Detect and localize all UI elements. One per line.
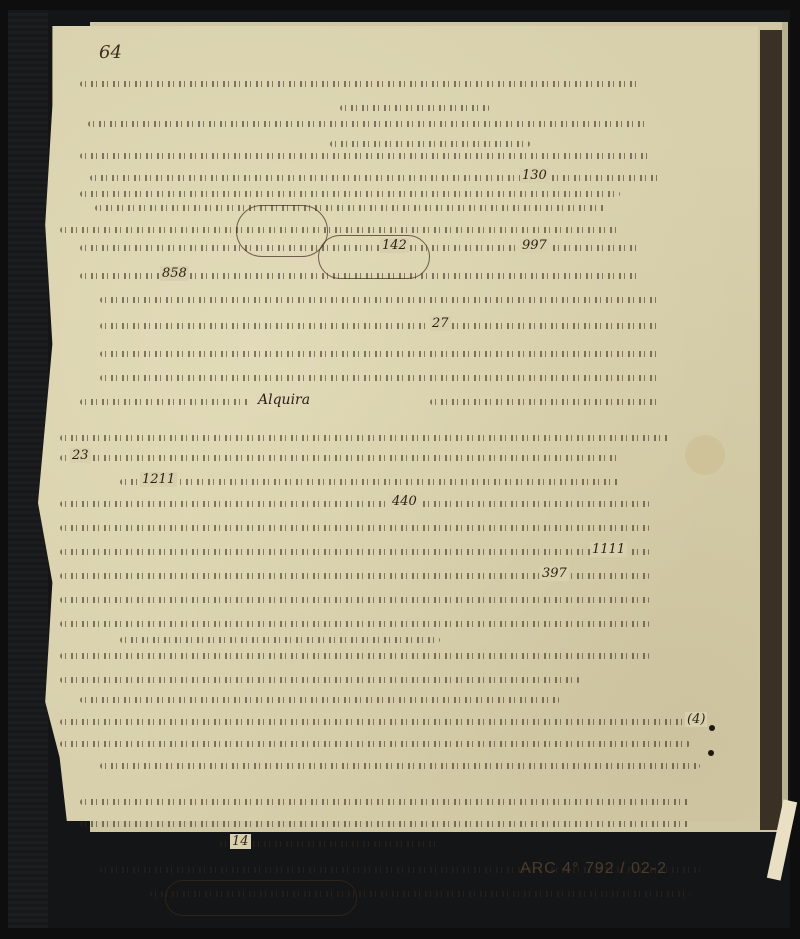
handwritten-line: 23 [60,450,620,464]
page-number: 64 [99,42,122,63]
handwritten-interlinear [120,632,440,646]
handwritten-line: 1111 [60,544,650,558]
number-fragment: 27 [430,316,451,331]
handwritten-line [60,520,650,534]
handwritten-line: 440 [60,496,650,510]
page-stack-edge [760,30,782,830]
handwritten-line: 130 [90,170,660,184]
handwritten-line: 14 [220,836,440,850]
handwritten-line [95,200,605,214]
handwritten-line [80,148,650,162]
handwritten-line [80,692,560,706]
handwritten-line: 397 [60,568,650,582]
handwritten-line: 27 [100,318,660,332]
handwritten-line [60,592,650,606]
number-fragment: 1111 [590,542,627,557]
handwritten-line [100,292,660,306]
handwritten-line [60,736,690,750]
number-fragment: 1211 [140,472,177,487]
handwritten-line [60,430,670,444]
handwritten-line [80,816,690,830]
number-fragment: 397 [540,566,569,581]
handwritten-line [60,672,580,686]
number-fragment: 858 [160,266,189,281]
latin-word-alquira: Alquira [258,392,310,408]
handwritten-line [80,76,640,90]
handwritten-line [430,394,660,408]
handwritten-line: (4) [60,714,700,728]
handwritten-line [80,794,690,808]
handwritten-line [60,616,650,630]
handwritten-line [80,186,620,200]
number-fragment: 997 [520,238,549,253]
handwritten-line [100,346,660,360]
handwritten-line [60,222,620,236]
number-fragment: 440 [390,494,419,509]
handwritten-line [60,648,650,662]
handwritten-line [88,116,648,130]
handwritten-line [80,394,250,408]
circled-annotation [236,205,328,257]
paper-stain [685,435,725,475]
handwritten-line [100,370,660,384]
archive-shelf-mark: ARC 4° 792 / 02-2 [520,860,667,878]
ink-dot [708,750,714,756]
circled-annotation [165,880,357,916]
handwritten-line [100,758,700,772]
ink-dot [709,725,715,731]
handwritten-interlinear [340,100,490,114]
number-fragment: 14 [230,834,251,849]
handwritten-line: 1211 [120,474,620,488]
number-fragment: 23 [70,448,91,463]
paragraph-number: (4) [685,712,707,727]
circled-annotation [318,235,430,279]
number-fragment: 130 [520,168,549,183]
